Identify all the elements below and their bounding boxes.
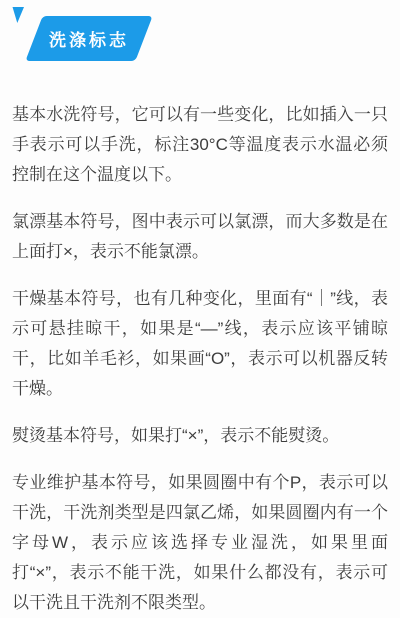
article-page: 洗涤标志 基本水洗符号，它可以有一些变化，比如插入一只手表示可以手洗，标注30°… [0,0,400,618]
section-title: 洗涤标志 [49,26,129,51]
article-body: 基本水洗符号，它可以有一些变化，比如插入一只手表示可以手洗，标注30°C等温度表… [0,100,400,618]
paragraph-ironing: 熨烫基本符号，如果打“×”，表示不能熨烫。 [12,421,388,451]
paragraph-drying: 干燥基本符号，也有几种变化，里面有“｜”线，表示可悬挂晾干，如果是“—”线，表示… [12,284,388,404]
paragraph-chlorine-bleach: 氯漂基本符号，图中表示可以氯漂，而大多数是在上面打×，表示不能氯漂。 [12,207,388,267]
ribbon: 洗涤标志 [25,16,152,61]
section-banner: 洗涤标志 [0,0,400,70]
paragraph-water-wash: 基本水洗符号，它可以有一些变化，比如插入一只手表示可以手洗，标注30°C等温度表… [12,100,388,190]
ribbon-fold-icon [10,7,24,23]
paragraph-professional-care: 专业维护基本符号，如果圆圈中有个P，表示可以干洗，干洗剂类型是四氯乙烯，如果圆圈… [12,468,388,618]
